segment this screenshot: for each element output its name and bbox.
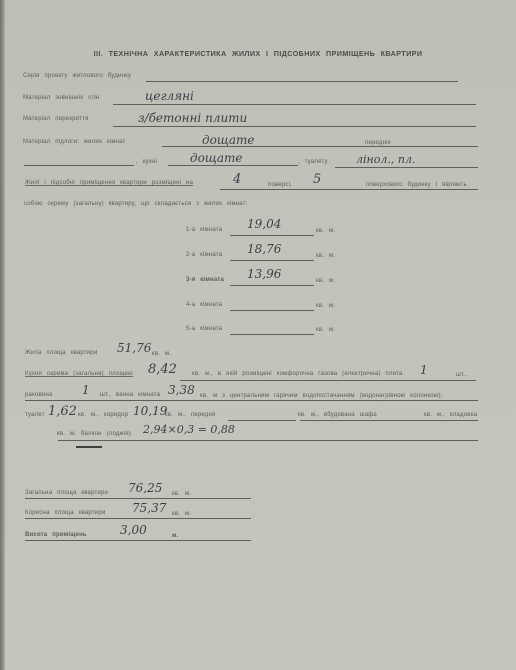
series-line xyxy=(146,81,458,82)
hall-label: передніх xyxy=(365,140,391,146)
location-label: Жилі і підсобні приміщення квартири розм… xyxy=(25,180,193,186)
balcony-label: кв. м, балкон (лоджія) xyxy=(57,431,131,437)
total-label: Корисна площа квартири xyxy=(25,510,105,516)
total-value: 76,25 xyxy=(128,481,162,495)
living-area-label: Жила площа квартири xyxy=(25,350,97,356)
floor-word: поверсі, xyxy=(268,182,292,188)
building-label: поверхового будинку і являють xyxy=(366,182,467,188)
floor-number-value: 4 xyxy=(233,172,241,187)
hall-area-label: кв. м., передня xyxy=(165,412,215,418)
room-area-value: 19,04 xyxy=(247,217,281,231)
kitchen-floor-line xyxy=(168,165,298,166)
stove-count-value: 1 xyxy=(420,363,428,377)
bath-area-value: 3,38 xyxy=(168,383,195,397)
room-unit: кв. м. xyxy=(316,278,335,284)
section-title: III. ТЕХНІЧНА ХАРАКТЕРИСТИКА ЖИЛИХ І ПІД… xyxy=(0,49,516,58)
balcony-mark xyxy=(76,446,102,448)
total-unit: кв. м. xyxy=(172,511,191,517)
walls-line xyxy=(113,104,476,105)
room-line xyxy=(230,334,314,335)
total-unit: кв. м. xyxy=(172,491,191,497)
balcony-line xyxy=(58,440,478,441)
walls-label: Матеріал зовнішніх стін xyxy=(23,95,99,101)
total-label: Висота приміщень xyxy=(25,532,87,538)
room-label: 5-а кімната xyxy=(186,326,222,332)
hall-floor-line xyxy=(24,165,134,166)
total-unit: м. xyxy=(172,533,179,539)
series-label: Серія проекту житлового будинку xyxy=(23,73,131,79)
living-area-value: 51,76 xyxy=(117,341,151,355)
living-area-unit: кв. м. xyxy=(152,351,171,357)
room-label: 1-а кімната xyxy=(186,227,222,233)
toilet-floor-line xyxy=(335,167,478,168)
kitchen-line xyxy=(180,380,476,381)
sink-line xyxy=(25,400,478,401)
ceiling-value: з/бетонні плити xyxy=(138,111,247,125)
ceiling-line xyxy=(113,126,476,127)
corridor-area-value: 10,19 xyxy=(133,404,167,418)
total-line xyxy=(25,498,251,499)
room-line xyxy=(230,310,314,311)
room-line xyxy=(230,260,314,261)
kitchen-area-label: Кухня окрема (загальна) площею xyxy=(25,371,133,377)
toilet-floor-value: лінол., пл. xyxy=(356,153,415,166)
room-label: 3-я кімната xyxy=(186,277,224,283)
stove-unit: шт., xyxy=(456,372,467,378)
total-line xyxy=(25,518,251,519)
total-value: 75,37 xyxy=(132,501,166,515)
room-unit: кв. м. xyxy=(316,253,335,259)
composition-label: собою окрему (загальну) квартиру, що скл… xyxy=(24,201,248,207)
sink-count-value: 1 xyxy=(82,383,90,397)
room-area-value: 18,76 xyxy=(247,242,281,256)
hall-area-line xyxy=(228,420,296,421)
room-unit: кв. м. xyxy=(316,228,335,234)
wardrobe-label: кв. м., вбудована шафа xyxy=(298,412,377,418)
total-line xyxy=(25,540,251,541)
floor-rooms-value: дощате xyxy=(202,133,254,147)
floor-label: Матеріал підлоги: жилих кімнат xyxy=(23,139,126,145)
location-line xyxy=(220,189,478,190)
ceiling-label: Матеріал перекриття xyxy=(23,116,89,122)
kitchen-label: , кухні xyxy=(136,159,157,165)
room-label: 4-а кімната xyxy=(186,302,222,308)
toilet-floor-label: , туалету xyxy=(298,159,328,165)
room-unit: кв. м. xyxy=(316,327,335,333)
total-label: Загальна площа квартири xyxy=(25,490,108,496)
room-area-value: 13,96 xyxy=(247,267,281,281)
toilet-label: туалет xyxy=(25,412,45,418)
storage-label: кв. м., кладовка xyxy=(424,412,477,418)
kitchen-floor-value: дощате xyxy=(190,151,242,165)
room-line xyxy=(230,285,314,286)
total-value: 3,00 xyxy=(120,523,147,537)
kitchen-area-value: 8,42 xyxy=(148,362,177,377)
page-edge-shadow xyxy=(0,0,5,670)
wardrobe-line xyxy=(300,420,478,421)
room-label: 2-а кімната xyxy=(186,252,222,258)
stove-label: кв. м., в якій розміщені комфорочна газо… xyxy=(192,371,402,377)
corridor-label: кв. м., коридор xyxy=(78,412,128,418)
balcony-value: 2,94×0,3 = 0,88 xyxy=(143,423,235,436)
building-floors-value: 5 xyxy=(313,172,321,187)
room-line xyxy=(230,235,314,236)
bath-label: шт., ванна кімната xyxy=(100,392,160,398)
toilet-area-value: 1,62 xyxy=(48,404,77,419)
sink-label: раковина xyxy=(25,392,53,398)
room-unit: кв. м. xyxy=(316,303,335,309)
water-label: кв. м з центральним гарячим водопостачан… xyxy=(200,393,443,399)
walls-value: цегляні xyxy=(145,89,194,103)
